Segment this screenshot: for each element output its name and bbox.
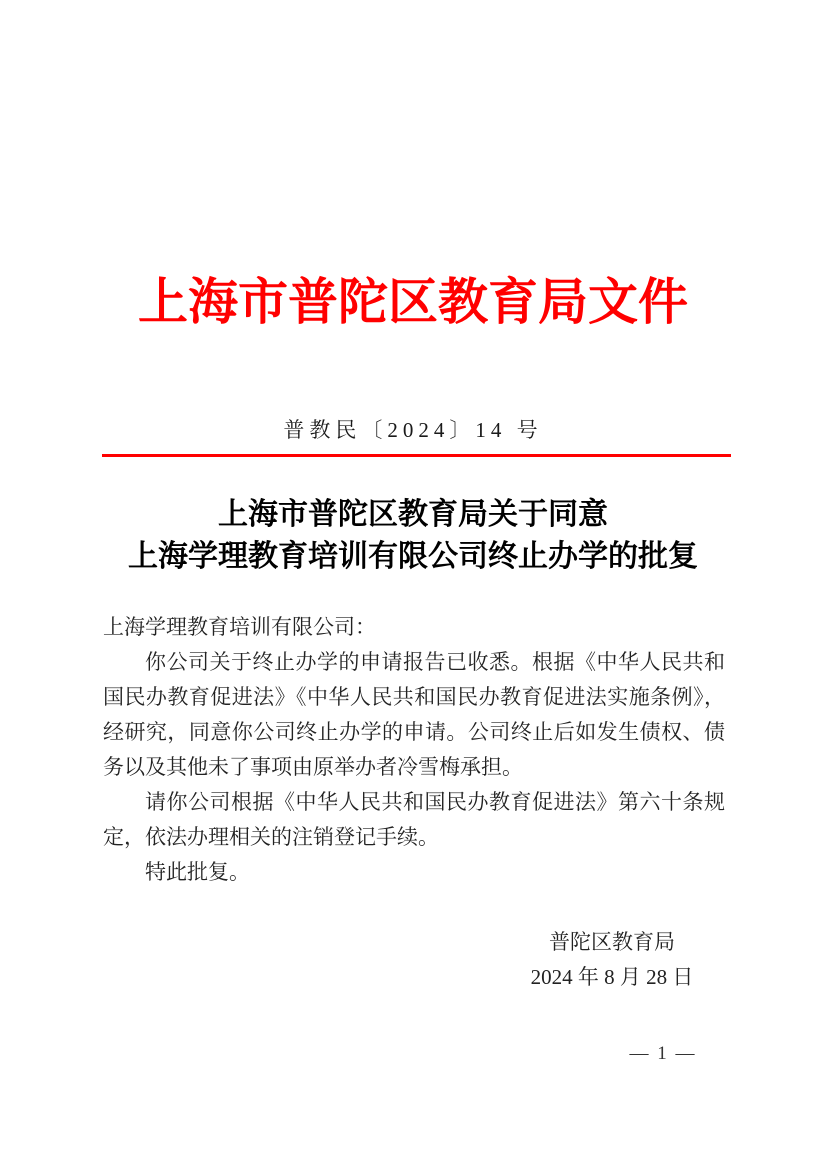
document-title: 上海市普陀区教育局关于同意 上海学理教育培训有限公司终止办学的批复 bbox=[0, 494, 826, 578]
document-title-line-1: 上海市普陀区教育局关于同意 bbox=[0, 494, 826, 536]
signature-block: 普陀区教育局 2024 年 8 月 28 日 bbox=[512, 925, 712, 995]
agency-letterhead-title: 上海市普陀区教育局文件 bbox=[0, 262, 826, 334]
document-body: 上海学理教育培训有限公司： 你公司关于终止办学的申请报告已收悉。根据《中华人民共… bbox=[103, 610, 725, 890]
issuing-authority: 普陀区教育局 bbox=[512, 925, 712, 960]
issue-date: 2024 年 8 月 28 日 bbox=[512, 960, 712, 995]
body-paragraph-2: 请你公司根据《中华人民共和国民办教育促进法》第六十条规定，依法办理相关的注销登记… bbox=[103, 785, 725, 855]
red-divider-rule bbox=[102, 454, 731, 457]
document-page: 上海市普陀区教育局文件 普教民〔2024〕14 号 上海市普陀区教育局关于同意 … bbox=[0, 0, 826, 1169]
document-title-line-2: 上海学理教育培训有限公司终止办学的批复 bbox=[0, 536, 826, 578]
salutation: 上海学理教育培训有限公司： bbox=[103, 610, 725, 645]
page-number: — 1 — bbox=[563, 1043, 763, 1065]
body-paragraph-1: 你公司关于终止办学的申请报告已收悉。根据《中华人民共和国民办教育促进法》《中华人… bbox=[103, 645, 725, 785]
document-number: 普教民〔2024〕14 号 bbox=[0, 414, 826, 444]
body-paragraph-3: 特此批复。 bbox=[103, 855, 725, 890]
